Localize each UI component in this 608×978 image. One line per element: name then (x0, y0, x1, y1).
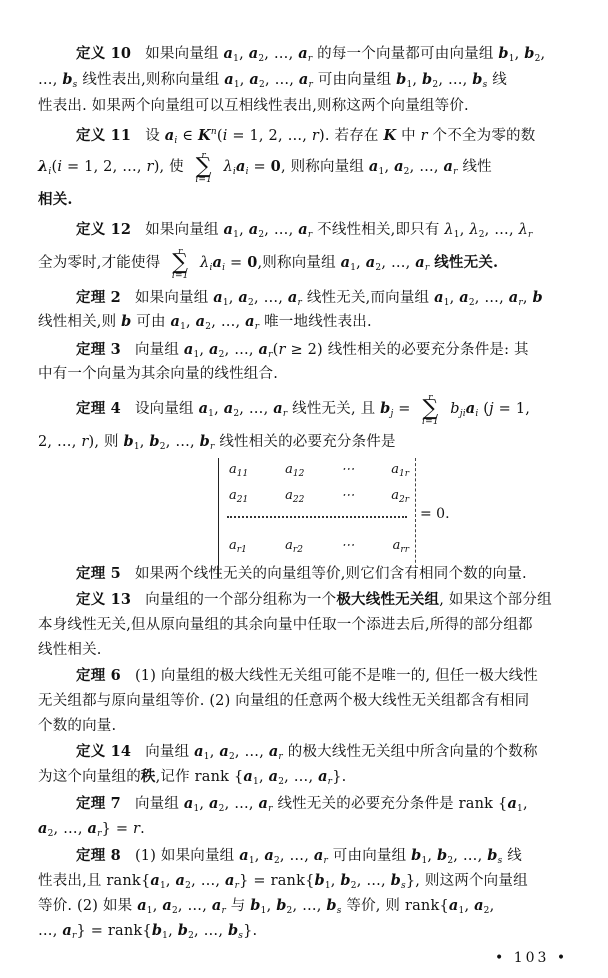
thm4-line2: 2, …, r), 则 b1, b2, …, br 线性相关的必要充分条件是 (38, 432, 578, 457)
thm6-line1: 定理 6(1) 向量组的极大线性无关组可能不是唯一的, 但任一极大线性 (76, 666, 608, 686)
def11-line2: λi(i = 1, 2, …, r), 使 r∑i=1 λiai = 0, 则称… (38, 156, 578, 182)
thm8-line4: …, ar} = rank{b1, b2, …, bs}. (38, 921, 578, 946)
text: 可由向量组 (318, 72, 392, 88)
text: (1) 如果向量组 (135, 848, 234, 864)
text: , 则 (94, 434, 118, 450)
text: 线性相关的必要充分条件是 (219, 434, 395, 450)
def12-label: 定义 12 (76, 221, 131, 238)
text: 向量组 (135, 796, 179, 812)
text: 可由 (136, 314, 165, 330)
summation-symbol: r∑i=1 (419, 398, 441, 420)
thm7-line2: a2, …, ar} = r. (38, 819, 578, 844)
text: . 若存在 (325, 128, 379, 144)
text: 与 (231, 898, 246, 914)
text: , 如果这个部分组 (439, 592, 552, 608)
text: 个不全为零的数 (433, 128, 536, 144)
def10-line3: 性表出. 如果两个向量组可以互相线性表出,则称这两个向量组等价. (38, 96, 578, 116)
rank-operator: rank (459, 796, 494, 812)
text: 向量组 (145, 744, 189, 760)
determinant-equals-zero: = 0. (420, 506, 450, 522)
rank-operator: rank (106, 873, 141, 889)
text: ,则称向量组 (258, 255, 336, 271)
text: 中 (401, 128, 416, 144)
thm2-label: 定理 2 (76, 289, 121, 306)
text: ,记作 (156, 769, 190, 785)
thm7-line1: 定理 7向量组 a1, a2, …, ar 线性无关的必要充分条件是 rank … (76, 794, 608, 819)
text: 线性无关, 且 (292, 401, 375, 417)
thm4-line1: 定理 4设向量组 a1, a2, …, ar 线性无关, 且 bj = r∑i=… (76, 398, 608, 424)
text: 可由向量组 (333, 848, 407, 864)
def14-label: 定义 14 (76, 743, 131, 760)
thm7-label: 定理 7 (76, 795, 121, 812)
text: (1) 向量组的极大线性无关组可能不是唯一的, 但任一极大线性 (135, 668, 538, 684)
def13-line3: 线性相关. (38, 640, 578, 660)
determinant-matrix: a11a12⋯a1r a21a22⋯a2r ar1ar2⋯arr (218, 458, 416, 578)
text: 线性相关,则 (38, 314, 116, 330)
summation-symbol: r∑i=1 (169, 252, 191, 274)
text: 为这个向量组的 (38, 769, 141, 785)
def13-line2: 本身线性无关,但从原向量组的其余向量中任取一个添进去后,所得的部分组都 (38, 615, 578, 635)
text: 向量组 (135, 342, 179, 358)
def12-line2: 全为零时,才能使得 r∑i=1 λiai = 0,则称向量组 a1, a2, …… (38, 252, 578, 278)
text: 线性 (462, 159, 491, 175)
text: 线 (492, 72, 507, 88)
text: 全为零时,才能使得 (38, 255, 160, 271)
def14-line2: 为这个向量组的秩,记作 rank {a1, a2, …, ar}. (38, 767, 578, 792)
def10-line1: 定义 10如果向量组 a1, a2, …, ar 的每一个向量都可由向量组 b1… (76, 44, 608, 69)
def13-line1: 定义 13向量组的一个部分组称为一个极大线性无关组, 如果这个部分组 (76, 590, 608, 610)
rank-operator: rank (271, 873, 306, 889)
def12-line1: 定义 12如果向量组 a1, a2, …, ar 不线性相关,即只有 λ1, λ… (76, 220, 608, 245)
rank-operator: rank (405, 898, 440, 914)
page-number: • 103 • (495, 950, 568, 966)
thm6-line2: 无关组都与原向量组等价. (2) 向量组的任意两个极大线性无关组都含有相同 (38, 691, 578, 711)
textbook-page: 定义 10如果向量组 a1, a2, …, ar 的每一个向量都可由向量组 b1… (0, 0, 608, 978)
text: 如果两个线性无关的向量组等价,则它们含有相同个数的向量. (135, 566, 527, 582)
def10-label: 定义 10 (76, 45, 131, 62)
thm4-label: 定理 4 (76, 400, 121, 417)
text: 性表出,且 (38, 873, 102, 889)
text: 唯一地线性表出. (264, 314, 372, 330)
text: 的每一个向量都可由向量组 (317, 46, 493, 62)
thm8-line2: 性表出,且 rank{a1, a2, …, ar} = rank{b1, b2,… (38, 871, 578, 896)
thm8-line1: 定理 8(1) 如果向量组 a1, a2, …, ar 可由向量组 b1, b2… (76, 846, 608, 871)
term-maximal-independent-set: 极大线性无关组 (336, 591, 439, 608)
matrix-dots (227, 516, 407, 518)
thm8-label: 定理 8 (76, 847, 121, 864)
thm3-line2: 中有一个向量为其余向量的线性组合. (38, 364, 578, 384)
text: 向量组的一个部分组称为一个 (145, 592, 336, 608)
thm6-label: 定理 6 (76, 667, 121, 684)
text: 的极大线性无关组中所含向量的个数称 (288, 744, 538, 760)
text: 设向量组 (135, 401, 194, 417)
text: 等价, 则 (346, 898, 400, 914)
def11-line1: 定义 11设 ai ∈ Kn(i = 1, 2, …, r). 若存在 K 中 … (76, 122, 608, 151)
term-rank: 秩 (141, 768, 156, 785)
thm5-label: 定理 5 (76, 565, 121, 582)
text: 设 (145, 128, 160, 144)
thm2-line2: 线性相关,则 b 可由 a1, a2, …, ar 唯一地线性表出. (38, 312, 578, 337)
def10-line2: …, bs 线性表出,则称向量组 a1, a2, …, ar 可由向量组 b1,… (38, 70, 578, 95)
rank-operator: rank (195, 769, 230, 785)
text: 不线性相关,即只有 (317, 222, 439, 238)
text: 如果向量组 (135, 290, 209, 306)
text: 线性相关的必要充分条件是: 其 (328, 342, 529, 358)
def11-line3: 相关. (38, 190, 578, 210)
text: 线性无关,而向量组 (307, 290, 429, 306)
def14-line1: 定义 14向量组 a1, a2, …, ar 的极大线性无关组中所含向量的个数称 (76, 742, 608, 767)
thm2-line1: 定理 2如果向量组 a1, a2, …, ar 线性无关,而向量组 a1, a2… (76, 288, 608, 313)
thm3-label: 定理 3 (76, 341, 121, 358)
def13-label: 定义 13 (76, 591, 131, 608)
thm3-line1: 定理 3向量组 a1, a2, …, ar(r ≥ 2) 线性相关的必要充分条件… (76, 340, 608, 365)
thm8-line3: 等价. (2) 如果 a1, a2, …, ar 与 b1, b2, …, bs… (38, 896, 578, 921)
text: 线性无关. (434, 254, 498, 271)
thm5-line1: 定理 5如果两个线性无关的向量组等价,则它们含有相同个数的向量. (76, 564, 608, 584)
text: 线性无关的必要充分条件是 (277, 796, 453, 812)
def11-label: 定义 11 (76, 127, 131, 144)
text: , 使 (160, 159, 184, 175)
text: , 则称向量组 (281, 159, 364, 175)
thm6-line3: 个数的向量. (38, 716, 578, 736)
text: , 则这两个向量组 (415, 873, 528, 889)
summation-symbol: r∑i=1 (193, 156, 215, 178)
rank-operator: rank (108, 923, 143, 939)
text: 线 (507, 848, 522, 864)
text: 线性表出,则称向量组 (82, 72, 219, 88)
text: 等价. (2) 如果 (38, 898, 132, 914)
text: 如果向量组 (145, 222, 219, 238)
text: 如果向量组 (145, 46, 219, 62)
